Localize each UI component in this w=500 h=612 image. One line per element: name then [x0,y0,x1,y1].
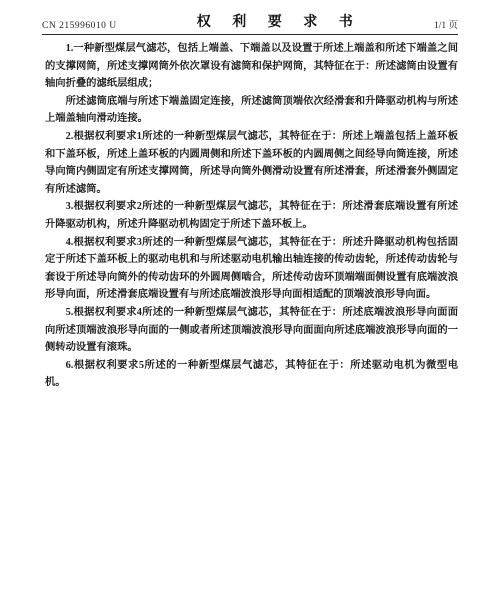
claim-3-paragraph: 3.根据权利要求2所述的一种新型煤层气滤芯，其特征在于：所述滑套底端设置有所述升… [45,198,458,233]
claims-body: 1.一种新型煤层气滤芯，包括上端盖、下端盖以及设置于所述上端盖和所述下端盖之间的… [45,40,458,392]
claim-5-paragraph: 5.根据权利要求4所述的一种新型煤层气滤芯，其特征在于：所述底端波浪形导向面面向… [45,304,458,357]
claim-1-continuation-paragraph: 所述滤筒底端与所述下端盖固定连接，所述滤筒顶端依次经滑套和升降驱动机构与所述上端… [45,93,458,128]
claim-4-paragraph: 4.根据权利要求3所述的一种新型煤层气滤芯，其特征在于：所述升降驱动机构包括固定… [45,234,458,304]
claim-1-paragraph: 1.一种新型煤层气滤芯，包括上端盖、下端盖以及设置于所述上端盖和所述下端盖之间的… [45,40,458,93]
claim-2-paragraph: 2.根据权利要求1所述的一种新型煤层气滤芯，其特征在于：所述上端盖包括上盖环板和… [45,128,458,198]
patent-number: CN 215996010 U [42,21,117,31]
document-title: 权 利 要 求 书 [197,11,362,31]
page-indicator: 1/1 页 [434,17,458,31]
patent-claims-page: CN 215996010 U 权 利 要 求 书 1/1 页 1.一种新型煤层气… [0,0,500,612]
claim-6-paragraph: 6.根据权利要求5所述的一种新型煤层气滤芯，其特征在于：所述驱动电机为微型电机。 [45,357,458,392]
page-header: CN 215996010 U 权 利 要 求 书 1/1 页 [42,12,458,35]
